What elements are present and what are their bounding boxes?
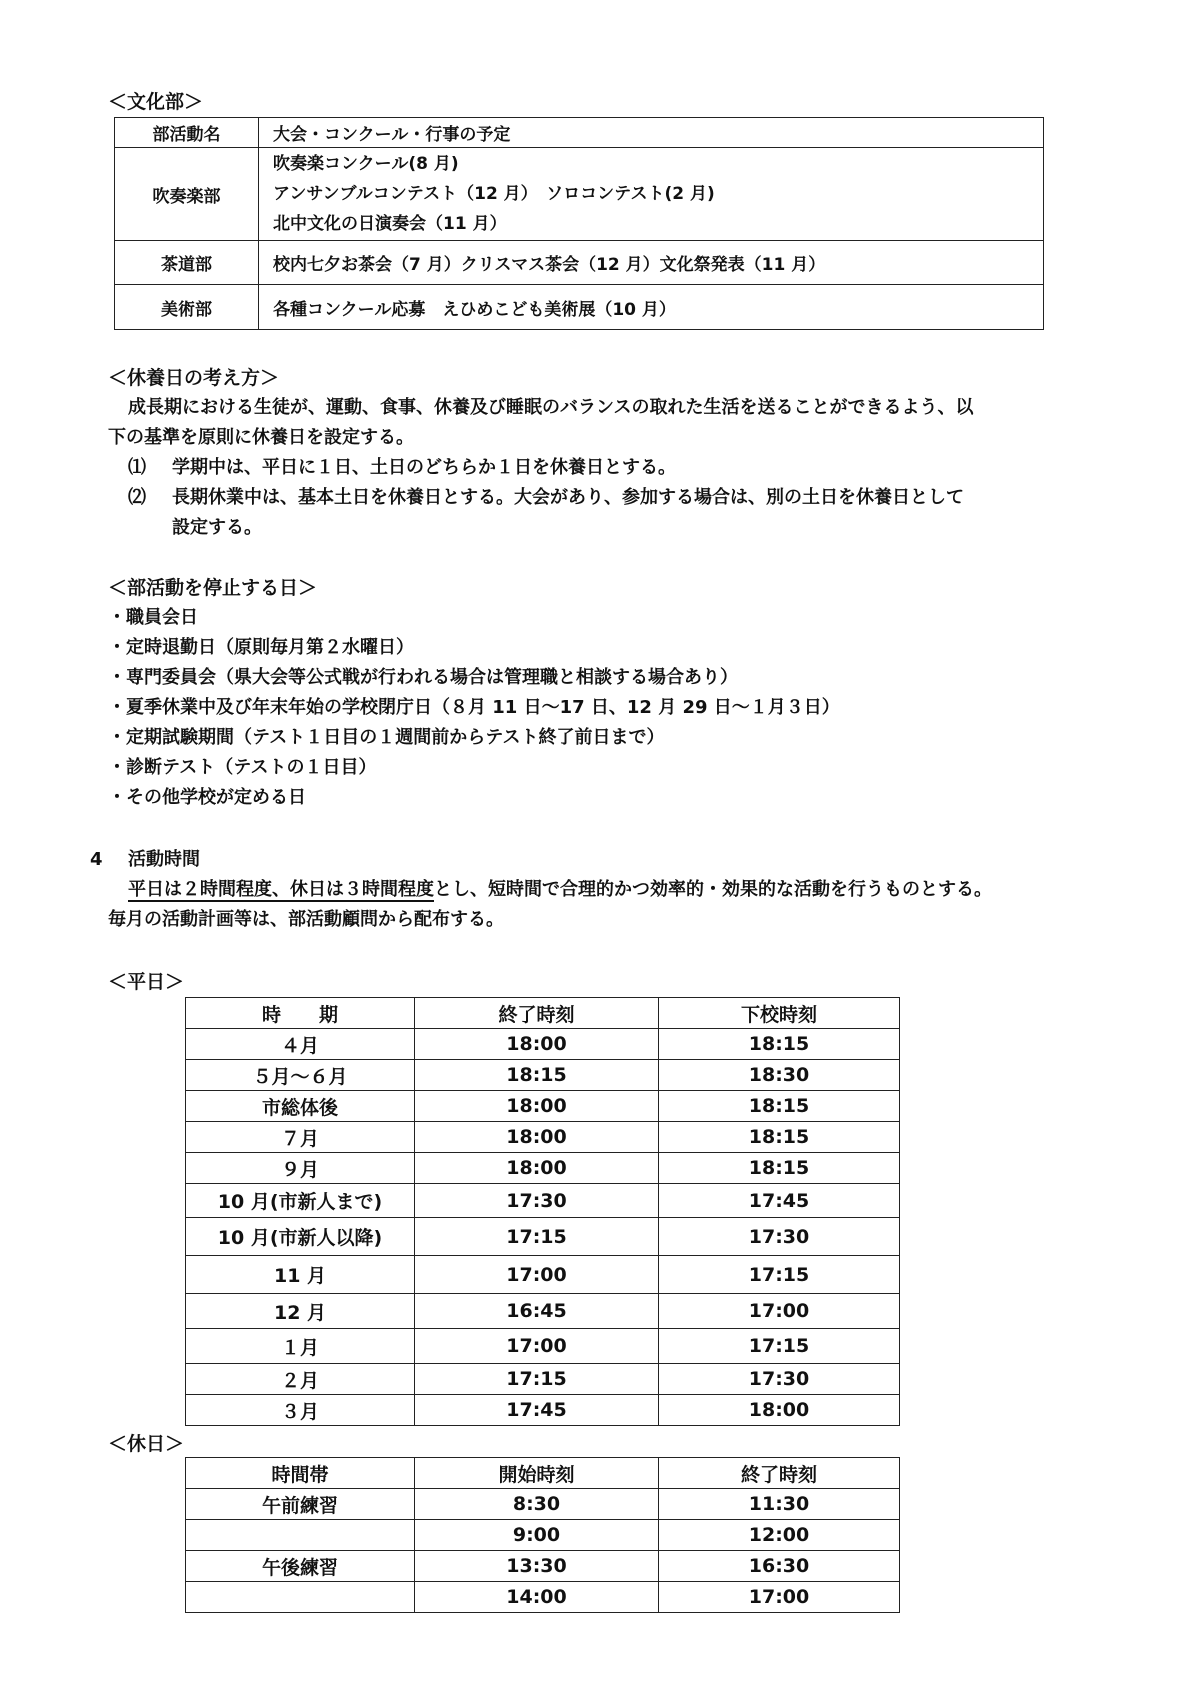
header-period: 時 期 [186,998,415,1029]
stop-day-item: ・定時退勤日（原則毎月第２水曜日） [108,633,414,663]
start-time-cell: 8:30 [415,1489,659,1520]
end-time-cell: 17:00 [415,1329,659,1364]
table-row: 14:00 17:00 [186,1582,900,1613]
leave-time-cell: 18:15 [659,1029,900,1060]
section-number: 4 [90,845,103,875]
start-time-cell: 9:00 [415,1520,659,1551]
club-events: 吹奏楽コンクール(8 月) アンサンブルコンテスト（12 月） ソロコンテスト(… [259,148,1044,241]
table-row: 9:00 12:00 [186,1520,900,1551]
table-header-row: 部活動名 大会・コンクール・行事の予定 [115,118,1044,148]
table-row: ５月～６月 18:15 18:30 [186,1060,900,1091]
table-row: 市総体後 18:00 18:15 [186,1091,900,1122]
leave-time-cell: 18:15 [659,1122,900,1153]
table-row: 茶道部 校内七夕お茶会（7 月）クリスマス茶会（12 月）文化祭発表（11 月） [115,241,1044,285]
table-row: 10 月(市新人まで) 17:30 17:45 [186,1184,900,1218]
end-time-cell: 17:15 [415,1218,659,1256]
end-time-cell: 12:00 [659,1520,900,1551]
leave-time-cell: 18:00 [659,1395,900,1426]
stop-day-item: ・職員会日 [108,603,198,633]
header-club-name: 部活動名 [115,118,259,148]
leave-time-cell: 17:15 [659,1329,900,1364]
period-cell: 12 月 [186,1294,415,1329]
leave-time-cell: 17:00 [659,1294,900,1329]
table-row: 美術部 各種コンクール応募 えひめこども美術展（10 月） [115,285,1044,330]
stop-day-item: ・専門委員会（県大会等公式戦が行われる場合は管理職と相談する場合あり） [108,663,738,693]
club-name: 美術部 [115,285,259,330]
stop-day-item: ・定期試験期間（テスト１日目の１週間前からテスト終了前日まで） [108,723,665,753]
start-time-cell: 14:00 [415,1582,659,1613]
table-row: ２月 17:15 17:30 [186,1364,900,1395]
end-time-cell: 17:30 [415,1184,659,1218]
end-time-cell: 17:45 [415,1395,659,1426]
table-header-row: 時 期 終了時刻 下校時刻 [186,998,900,1029]
rest-day-item-continuation: 設定する。 [172,513,262,543]
culture-clubs-heading: ＜文化部＞ [108,90,203,114]
leave-time-cell: 18:30 [659,1060,900,1091]
stop-day-item: ・夏季休業中及び年末年始の学校閉庁日（８月 11 日～17 日、12 月 29 … [108,693,840,723]
activity-time-underlined: 平日は２時間程度、休日は３時間程度 [128,879,434,900]
end-time-cell: 11:30 [659,1489,900,1520]
header-leave-time: 下校時刻 [659,998,900,1029]
activity-time-title: 活動時間 [128,845,200,875]
stop-days-heading: ＜部活動を停止する日＞ [108,576,317,600]
holiday-heading: ＜休日＞ [108,1432,184,1456]
period-cell: ３月 [186,1395,415,1426]
table-row: ９月 18:00 18:15 [186,1153,900,1184]
table-row: ４月 18:00 18:15 [186,1029,900,1060]
culture-clubs-table: 部活動名 大会・コンクール・行事の予定 吹奏楽部 吹奏楽コンクール(8 月) ア… [114,117,1044,330]
club-events: 各種コンクール応募 えひめこども美術展（10 月） [259,285,1044,330]
end-time-cell: 18:15 [415,1060,659,1091]
leave-time-cell: 18:15 [659,1091,900,1122]
table-row: 10 月(市新人以降) 17:15 17:30 [186,1218,900,1256]
table-row: 吹奏楽部 吹奏楽コンクール(8 月) アンサンブルコンテスト（12 月） ソロコ… [115,148,1044,241]
table-row: 午後練習 13:30 16:30 [186,1551,900,1582]
table-row: 午前練習 8:30 11:30 [186,1489,900,1520]
period-cell: 市総体後 [186,1091,415,1122]
weekday-heading: ＜平日＞ [108,970,184,994]
header-end-time: 終了時刻 [415,998,659,1029]
club-events: 校内七夕お茶会（7 月）クリスマス茶会（12 月）文化祭発表（11 月） [259,241,1044,285]
time-slot-cell [186,1520,415,1551]
end-time-cell: 17:00 [659,1582,900,1613]
activity-time-line2: 毎月の活動計画等は、部活動顧問から配布する。 [108,905,504,935]
end-time-cell: 16:45 [415,1294,659,1329]
table-row: ７月 18:00 18:15 [186,1122,900,1153]
time-slot-cell: 午前練習 [186,1489,415,1520]
header-start-time: 開始時刻 [415,1458,659,1489]
period-cell: ４月 [186,1029,415,1060]
leave-time-cell: 17:15 [659,1256,900,1294]
table-header-row: 時間帯 開始時刻 終了時刻 [186,1458,900,1489]
holiday-schedule-table: 時間帯 開始時刻 終了時刻 午前練習 8:30 11:30 9:00 12:00… [185,1457,900,1613]
time-slot-cell [186,1582,415,1613]
club-name: 茶道部 [115,241,259,285]
event-line: 北中文化の日演奏会（11 月） [273,209,1043,239]
start-time-cell: 13:30 [415,1551,659,1582]
period-cell: 10 月(市新人まで) [186,1184,415,1218]
stop-day-item: ・診断テスト（テストの１日目） [108,753,377,783]
activity-time-line1: 平日は２時間程度、休日は３時間程度とし、短時間で合理的かつ効率的・効果的な活動を… [128,875,992,905]
rest-day-intro-line2: 下の基準を原則に休養日を設定する。 [108,423,414,453]
club-name: 吹奏楽部 [115,148,259,241]
header-events: 大会・コンクール・行事の予定 [259,118,1044,148]
rest-day-item-marker: ⑵ [128,483,146,513]
table-row: ３月 17:45 18:00 [186,1395,900,1426]
end-time-cell: 18:00 [415,1091,659,1122]
table-row: １月 17:00 17:15 [186,1329,900,1364]
table-row: 11 月 17:00 17:15 [186,1256,900,1294]
period-cell: １月 [186,1329,415,1364]
rest-day-intro-line1: 成長期における生徒が、運動、食事、休養及び睡眠のバランスの取れた生活を送ることが… [128,393,973,423]
end-time-cell: 16:30 [659,1551,900,1582]
leave-time-cell: 17:45 [659,1184,900,1218]
period-cell: ７月 [186,1122,415,1153]
rest-day-item-text: 学期中は、平日に１日、土日のどちらか１日を休養日とする。 [172,453,676,483]
period-cell: ５月～６月 [186,1060,415,1091]
weekday-schedule-table: 時 期 終了時刻 下校時刻 ４月 18:00 18:15 ５月～６月 18:15… [185,997,900,1426]
leave-time-cell: 17:30 [659,1364,900,1395]
rest-day-item-marker: ⑴ [128,453,146,483]
table-row: 12 月 16:45 17:00 [186,1294,900,1329]
end-time-cell: 18:00 [415,1029,659,1060]
rest-day-heading: ＜休養日の考え方＞ [108,366,279,390]
end-time-cell: 17:15 [415,1364,659,1395]
period-cell: 10 月(市新人以降) [186,1218,415,1256]
leave-time-cell: 17:30 [659,1218,900,1256]
period-cell: ９月 [186,1153,415,1184]
period-cell: 11 月 [186,1256,415,1294]
leave-time-cell: 18:15 [659,1153,900,1184]
end-time-cell: 18:00 [415,1153,659,1184]
activity-time-rest: とし、短時間で合理的かつ効率的・効果的な活動を行うものとする。 [434,879,992,900]
event-line: アンサンブルコンテスト（12 月） ソロコンテスト(2 月) [273,179,1043,209]
period-cell: ２月 [186,1364,415,1395]
end-time-cell: 18:00 [415,1122,659,1153]
time-slot-cell: 午後練習 [186,1551,415,1582]
rest-day-item-text: 長期休業中は、基本土日を休養日とする。大会があり、参加する場合は、別の土日を休養… [172,483,964,513]
end-time-cell: 17:00 [415,1256,659,1294]
header-time-slot: 時間帯 [186,1458,415,1489]
header-end-time: 終了時刻 [659,1458,900,1489]
stop-day-item: ・その他学校が定める日 [108,783,306,813]
event-line: 吹奏楽コンクール(8 月) [273,149,1043,179]
